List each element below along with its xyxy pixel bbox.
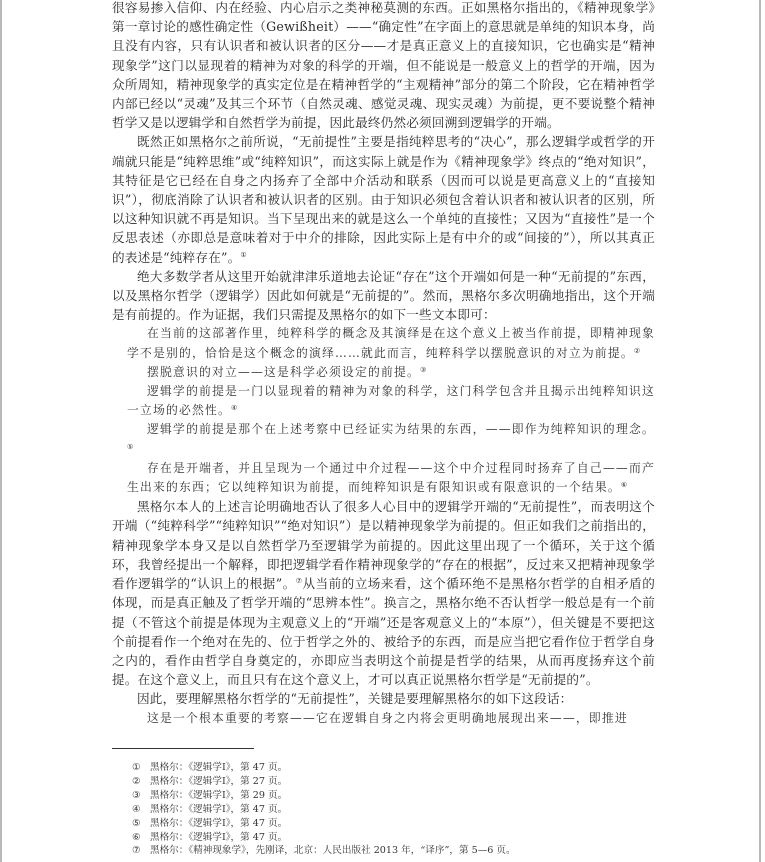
document-page: 很容易掺入信仰、内在经验、内心启示之类神秘莫测的东西。正如黑格尔指出的，《精神现… [0, 0, 761, 862]
footnote-ref[interactable]: ⑤ [127, 443, 134, 451]
footnote: ③黑格尔：《逻辑学Ⅰ》，第 29 页。 [132, 789, 652, 803]
footnote: ②黑格尔：《逻辑学Ⅰ》，第 27 页。 [132, 775, 652, 789]
footnote: ⑥黑格尔：《逻辑学Ⅰ》，第 47 页。 [132, 831, 652, 845]
block-quote: 在当前的这部著作里，纯粹科学的概念及其演绎是在这个意义上被当作前提，即精神现象学… [112, 324, 655, 362]
footnote: ⑦黑格尔：《精神现象学》，先刚译，北京：人民出版社 2013 年，“译序”，第 … [132, 844, 652, 858]
paragraph: 因此，要理解黑格尔哲学的“无前提性”，关键是要理解黑格尔的如下这段话： [112, 689, 655, 708]
block-quote: 这是一个根本重要的考察——它在逻辑自身之内将会更明确地展现出来——，即推进 [112, 709, 655, 728]
paragraph: 绝大多数学者从这里开始就津津乐道地去论证“存在”这个开端如何是一种“无前提的”东… [112, 267, 655, 325]
footnotes: ①黑格尔：《逻辑学Ⅰ》，第 47 页。 ②黑格尔：《逻辑学Ⅰ》，第 27 页。 … [132, 761, 652, 858]
block-quote: 摆脱意识的对立——这是科学必须设定的前提。③ [112, 363, 655, 382]
footnote: ①黑格尔：《逻辑学Ⅰ》，第 47 页。 [132, 761, 652, 775]
footnote-ref[interactable]: ② [634, 347, 641, 355]
footnote-ref[interactable]: ① [240, 251, 246, 259]
paragraph: 黑格尔本人的上述言论明确地否认了很多人心目中的逻辑学开端的“无前提性”，而表明这… [112, 497, 655, 689]
paragraph: 很容易掺入信仰、内在经验、内心启示之类神秘莫测的东西。正如黑格尔指出的，《精神现… [112, 0, 655, 132]
footnote: ④黑格尔：《逻辑学Ⅰ》，第 47 页。 [132, 803, 652, 817]
body-text: 很容易掺入信仰、内在经验、内心启示之类神秘莫测的东西。正如黑格尔指出的，《精神现… [112, 0, 655, 728]
footnote-ref[interactable]: ⑥ [621, 481, 628, 489]
block-quote: 逻辑学的前提是那个在上述考察中已经证实为结果的东西，——即作为纯粹知识的理念。⑤ [112, 420, 655, 458]
footnote-ref[interactable]: ③ [420, 366, 427, 374]
footnote-ref[interactable]: ⑦ [296, 577, 303, 585]
footnote: ⑤黑格尔：《逻辑学Ⅰ》，第 47 页。 [132, 817, 652, 831]
paragraph: 既然正如黑格尔之前所说，“无前提性”主要是指纯粹思考的“决心”，那么逻辑学或哲学… [112, 132, 655, 266]
footnote-ref[interactable]: ④ [231, 404, 238, 412]
block-quote: 逻辑学的前提是一门以显现着的精神为对象的科学，这门科学包含并且揭示出纯粹知识这一… [112, 382, 655, 420]
footnote-divider [112, 748, 254, 749]
block-quote: 存在是开端者，并且呈现为一个通过中介过程——这个中介过程同时扬弃了自己——而产生… [112, 459, 655, 497]
